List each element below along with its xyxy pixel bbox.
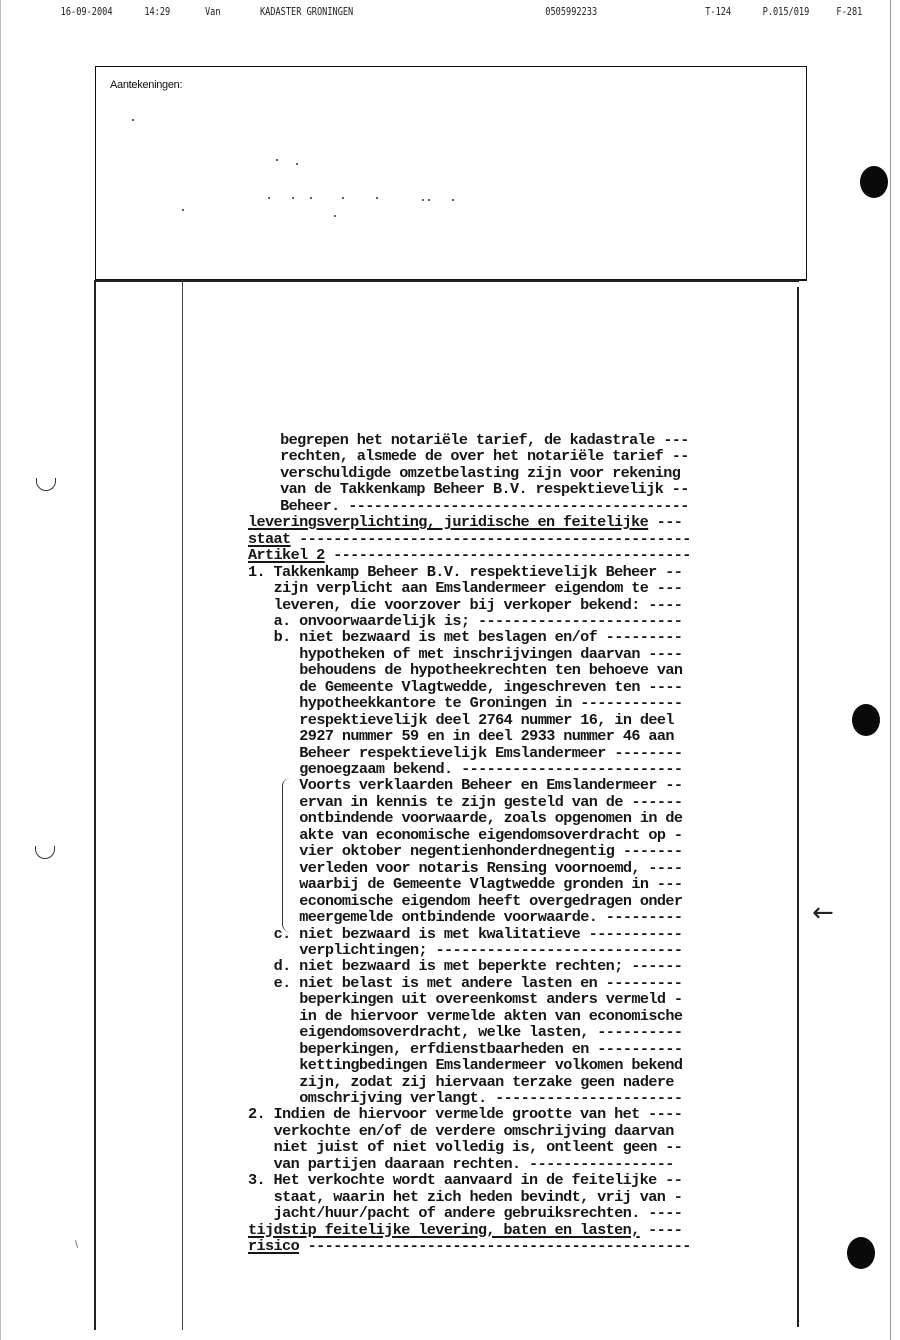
deed-line: van de Takkenkamp Beheer B.V. respektiev… — [280, 481, 689, 498]
deed-line: Artikel 2 ------------------------------… — [248, 547, 691, 564]
scan-speck — [292, 197, 294, 199]
deed-line: staat ----------------------------------… — [248, 531, 691, 548]
deed-line: omschrijving verlangt. -----------------… — [299, 1090, 682, 1107]
frame-margin-line — [182, 280, 183, 1330]
fax-sender: KADASTER GRONINGEN — [260, 6, 353, 18]
deed-line: meergemelde ontbindende voorwaarde. ----… — [299, 909, 682, 926]
fax-header: 16-09-2004 14:29 Van KADASTER GRONINGEN … — [0, 6, 738, 26]
deed-line: kettingbedingen Emslandermeer volkomen b… — [299, 1057, 682, 1074]
fax-job: F-281 — [836, 6, 862, 18]
scan-speck — [310, 197, 312, 199]
section-heading: staat — [248, 530, 291, 548]
fax-time: 14:29 — [144, 6, 170, 18]
deed-line: respektievelijk deel 2764 nummer 16, in … — [299, 712, 674, 729]
deed-line: 2927 nummer 59 en in deel 2933 nummer 46… — [299, 728, 674, 745]
deed-line: staat, waarin het zich heden bevindt, vr… — [274, 1189, 683, 1206]
scan-speck — [334, 215, 336, 217]
deed-line: Beheer. --------------------------------… — [280, 498, 689, 515]
deed-line: risico ---------------------------------… — [248, 1238, 691, 1255]
deed-line: ervan in kennis te zijn gesteld van de -… — [299, 794, 682, 811]
staple-mark — [36, 478, 56, 491]
page-edge-left — [0, 0, 1, 1340]
fax-terminal: T-124 — [705, 6, 731, 18]
deed-line: jacht/huur/pacht of andere gebruiksrecht… — [274, 1205, 683, 1222]
scan-speck — [428, 199, 430, 201]
scan-speck — [376, 197, 378, 199]
deed-line: zijn verplicht aan Emslandermeer eigendo… — [274, 580, 683, 597]
scan-speck — [296, 163, 298, 165]
frame-top-border — [95, 280, 799, 282]
notes-label: Aantekeningen: — [110, 79, 182, 91]
deed-line: zijn, zodat zij hiervaan terzake geen na… — [299, 1074, 674, 1091]
scan-mark — [75, 1240, 78, 1248]
fax-from-label: Van — [205, 6, 221, 18]
scan-speck — [452, 199, 454, 201]
handwritten-bracket — [282, 778, 293, 932]
deed-line: Voorts verklaarden Beheer en Emslanderme… — [299, 777, 682, 794]
deed-line: rechten, alsmede de over het notariële t… — [280, 448, 689, 465]
punch-hole — [852, 704, 880, 736]
deed-line: economische eigendom heeft overgedragen … — [299, 893, 682, 910]
deed-line: begrepen het notariële tarief, de kadast… — [280, 432, 689, 449]
deed-line: eigendomsoverdracht, welke lasten, -----… — [299, 1024, 682, 1041]
section-heading: leveringsverplichting, juridische en fei… — [248, 513, 648, 531]
scan-speck — [276, 159, 278, 161]
deed-line: verleden voor notaris Rensing voornoemd,… — [299, 860, 682, 877]
frame-right-border — [797, 287, 799, 1327]
deed-line: verschuldigde omzetbelasting zijn voor r… — [280, 465, 680, 482]
fax-phone: 0505992233 — [545, 6, 597, 18]
deed-line: 3. Het verkochte wordt aanvaard in de fe… — [248, 1172, 682, 1189]
notes-box: Aantekeningen: — [95, 66, 807, 281]
fax-page: P.015/019 — [763, 6, 810, 18]
deed-line: behoudens de hypotheekrechten ten behoev… — [299, 662, 682, 679]
deed-line: ontbindende voorwaarde, zoals opgenomen … — [299, 810, 682, 827]
staple-mark — [35, 846, 55, 859]
deed-line: van partijen daaraan rechten. ----------… — [274, 1156, 674, 1173]
frame-left-border — [94, 280, 96, 1330]
deed-line: niet juist of niet volledig is, ontleent… — [274, 1139, 683, 1156]
deed-line: b. niet bezwaard is met beslagen en/of -… — [274, 629, 683, 646]
page-edge-right — [890, 0, 891, 1340]
deed-line: e. niet belast is met andere lasten en -… — [274, 975, 683, 992]
fax-date: 16-09-2004 — [61, 6, 113, 18]
scan-speck — [132, 119, 134, 121]
deed-line: 1. Takkenkamp Beheer B.V. respektievelij… — [248, 564, 682, 581]
scan-speck — [422, 199, 424, 201]
deed-line: vier oktober negentienhonderdnegentig --… — [299, 843, 682, 860]
deed-line: c. niet bezwaard is met kwalitatieve ---… — [274, 926, 683, 943]
deed-line: d. niet bezwaard is met beperkte rechten… — [274, 958, 683, 975]
punch-hole — [847, 1237, 875, 1269]
deed-line: verkochte en/of de verdere omschrijving … — [274, 1123, 674, 1140]
section-heading: tijdstip feitelijke levering, baten en l… — [248, 1221, 640, 1239]
section-heading: Artikel 2 — [248, 546, 325, 564]
deed-line: beperkingen, erfdienstbaarheden en -----… — [299, 1041, 682, 1058]
deed-line: leveringsverplichting, juridische en fei… — [248, 514, 682, 531]
punch-hole — [860, 166, 888, 198]
deed-line: beperkingen uit overeenkomst anders verm… — [299, 991, 682, 1008]
deed-line: genoegzaam bekend. ---------------------… — [299, 761, 682, 778]
deed-line: akte van economische eigendomsoverdracht… — [299, 827, 682, 844]
section-heading: risico — [248, 1237, 299, 1255]
deed-line: hypotheekkantore te Groningen in -------… — [299, 695, 682, 712]
deed-line: verplichtingen; ------------------------… — [299, 942, 682, 959]
deed-line: waarbij de Gemeente Vlagtwedde gronden i… — [299, 876, 682, 893]
handwritten-arrow-icon: ← — [812, 898, 834, 928]
scan-speck — [182, 209, 184, 211]
deed-line: in de hiervoor vermelde akten van econom… — [299, 1008, 682, 1025]
deed-line: leveren, die voorzover bij verkoper beke… — [274, 597, 683, 614]
deed-line: a. onvoorwaardelijk is; ----------------… — [274, 613, 683, 630]
deed-line: 2. Indien de hiervoor vermelde grootte v… — [248, 1106, 682, 1123]
scan-speck — [268, 197, 270, 199]
scan-speck — [342, 197, 344, 199]
deed-line: de Gemeente Vlagtwedde, ingeschreven ten… — [299, 679, 682, 696]
deed-line: Beheer respektievelijk Emslandermeer ---… — [299, 745, 682, 762]
deed-line: tijdstip feitelijke levering, baten en l… — [248, 1222, 682, 1239]
deed-line: hypotheken of met inschrijvingen daarvan… — [299, 646, 682, 663]
